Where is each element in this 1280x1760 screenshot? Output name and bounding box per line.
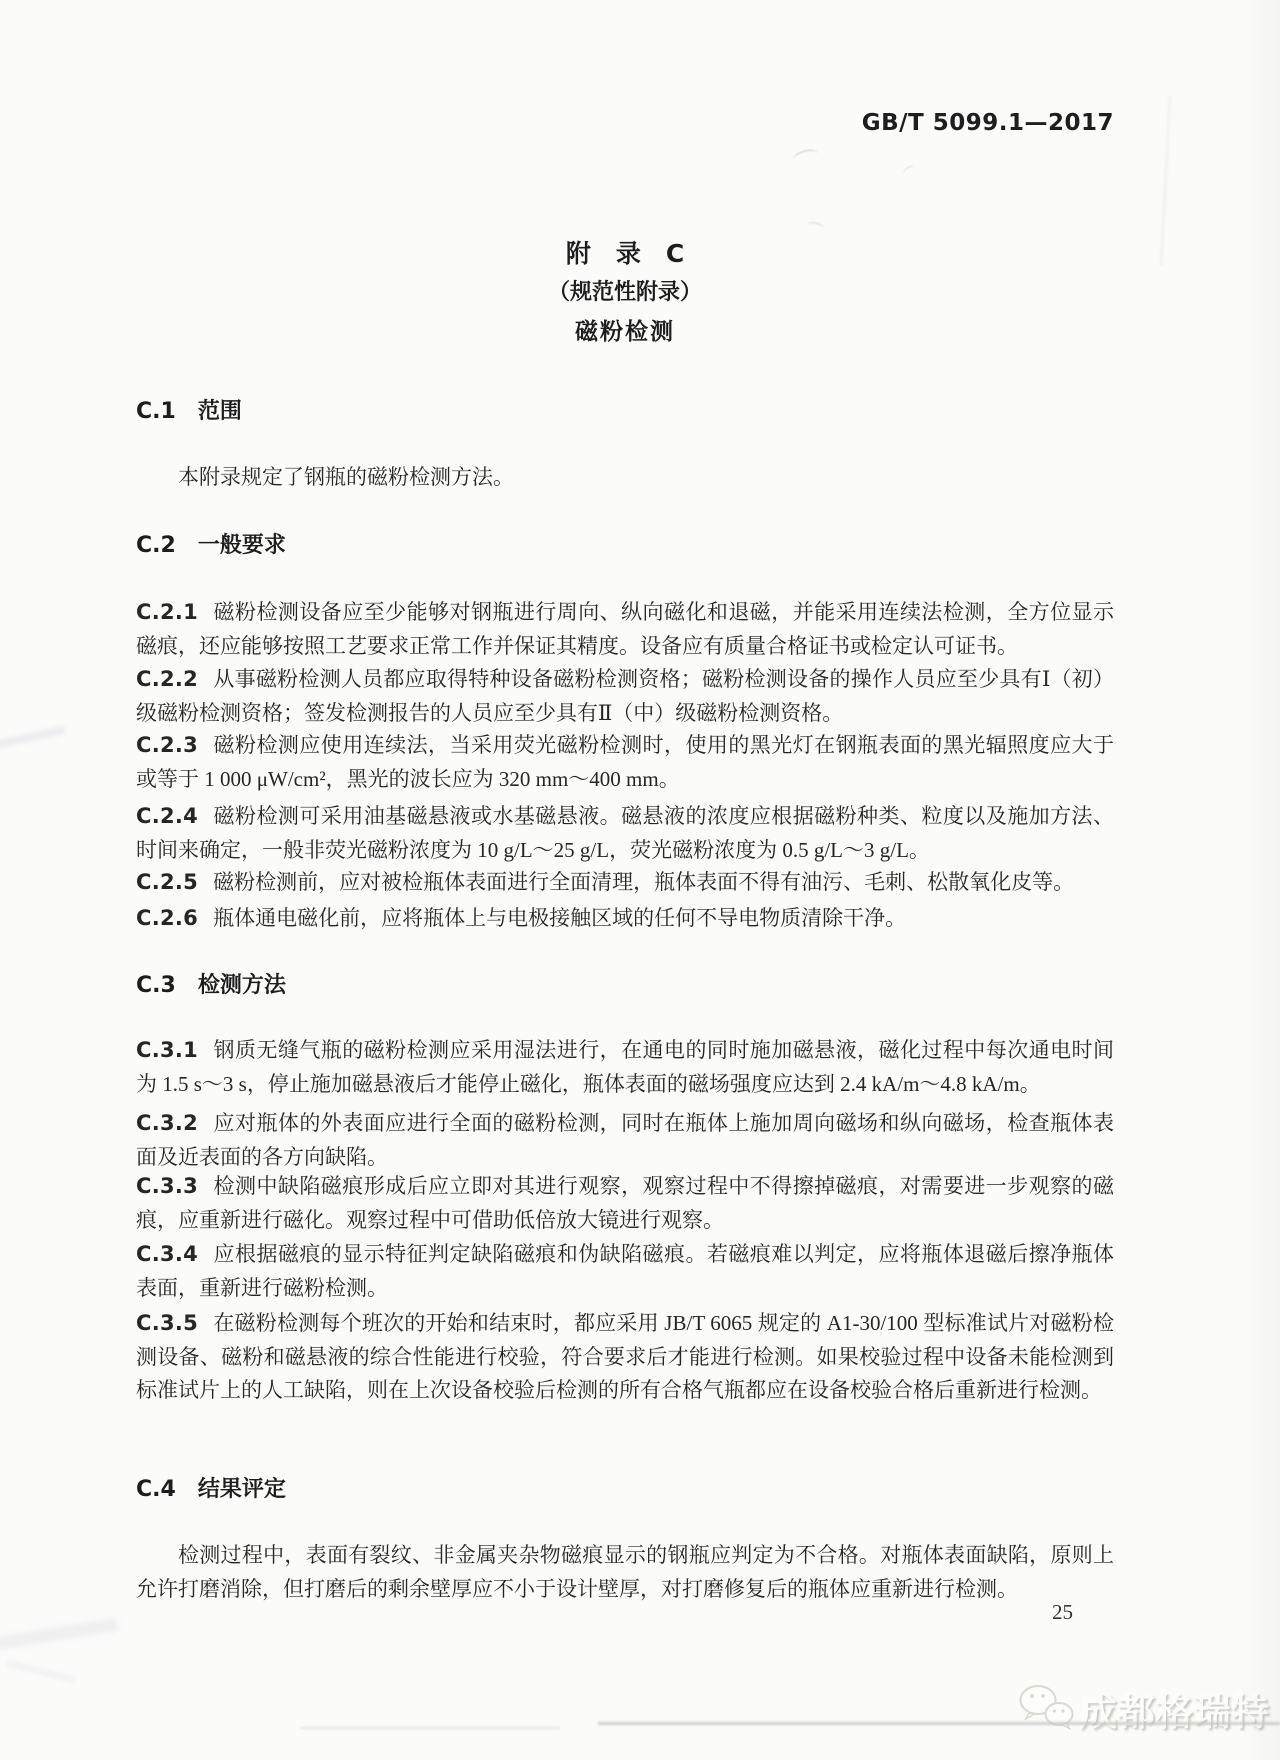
section-id: C.1	[136, 399, 176, 424]
clause-id: C.3.5	[136, 1311, 198, 1335]
clause-id: C.2.5	[136, 870, 198, 894]
scan-streak	[6, 1660, 76, 1684]
scan-crease	[1160, 96, 1172, 266]
clause-text: 磁粉检测可采用油基磁悬液或水基磁悬液。磁悬液的浓度应根据磁粉种类、粒度以及施加方…	[136, 804, 1114, 862]
page-number: 25	[1052, 1600, 1073, 1625]
clause-id: C.3.1	[136, 1038, 198, 1062]
clause-text: 瓶体通电磁化前，应将瓶体上与电极接触区域的任何不导电物质清除干净。	[213, 906, 906, 930]
clause-c3-2: C.3.2应对瓶体的外表面应进行全面的磁粉检测，同时在瓶体上施加周向磁场和纵向磁…	[136, 1107, 1114, 1174]
section-heading-c1: C.1范围	[136, 398, 1114, 426]
paragraph-c1: 本附录规定了钢瓶的磁粉检测方法。	[136, 461, 1114, 495]
clause-c2-3: C.2.3磁粉检测应使用连续法，当采用荧光磁粉检测时，使用的黑光灯在钢瓶表面的黑…	[136, 729, 1114, 796]
watermark: 成都格瑞特	[1016, 1682, 1270, 1736]
clause-text: 应对瓶体的外表面应进行全面的磁粉检测，同时在瓶体上施加周向磁场和纵向磁场，检查瓶…	[136, 1111, 1114, 1169]
paragraph-c4: 检测过程中，表面有裂纹、非金属夹杂物磁痕显示的钢瓶应判定为不合格。对瓶体表面缺陷…	[136, 1539, 1114, 1606]
appendix-name: 磁粉检测	[136, 313, 1114, 346]
section-id: C.4	[136, 1477, 176, 1502]
clause-c3-5: C.3.5在磁粉检测每个班次的开始和结束时，都应采用 JB/T 6065 规定的…	[136, 1307, 1114, 1408]
clause-text: 磁粉检测前，应对被检瓶体表面进行全面清理，瓶体表面不得有油污、毛刺、松散氧化皮等…	[213, 870, 1074, 894]
appendix-title: 附 录 C	[136, 234, 1114, 270]
section-heading-c2: C.2一般要求	[136, 532, 1114, 560]
clause-text: 在磁粉检测每个班次的开始和结束时，都应采用 JB/T 6065 规定的 A1-3…	[136, 1311, 1114, 1402]
standard-number: GB/T 5099.1—2017	[136, 110, 1114, 136]
clause-c3-1: C.3.1钢质无缝气瓶的磁粉检测应采用湿法进行，在通电的同时施加磁悬液，磁化过程…	[136, 1034, 1114, 1101]
scan-streak	[0, 725, 66, 749]
section-heading-c3: C.3检测方法	[136, 972, 1114, 1000]
scan-bottom-shadow	[300, 1727, 560, 1729]
clause-c2-6: C.2.6瓶体通电磁化前，应将瓶体上与电极接触区域的任何不导电物质清除干净。	[136, 902, 1114, 936]
clause-id: C.2.2	[136, 667, 198, 691]
scan-streak	[0, 1618, 118, 1651]
clause-id: C.2.4	[136, 804, 198, 828]
section-title: 检测方法	[198, 973, 286, 998]
clause-id: C.3.2	[136, 1111, 198, 1135]
clause-text: 检测中缺陷磁痕形成后应立即对其进行观察，观察过程中不得擦掉磁痕，对需要进一步观察…	[136, 1174, 1114, 1232]
clause-c3-3: C.3.3检测中缺陷磁痕形成后应立即对其进行观察，观察过程中不得擦掉磁痕，对需要…	[136, 1170, 1114, 1237]
clause-text: 从事磁粉检测人员都应取得特种设备磁粉检测资格；磁粉检测设备的操作人员应至少具有Ⅰ…	[136, 667, 1114, 725]
scan-mark	[792, 147, 821, 167]
watermark-label: 成都格瑞特	[1080, 1682, 1270, 1736]
clause-id: C.2.6	[136, 906, 198, 930]
scan-edge-shadow	[1238, 0, 1280, 1760]
clause-text: 应根据磁痕的显示特征判定缺陷磁痕和伪缺陷磁痕。若磁痕难以判定，应将瓶体退磁后擦净…	[136, 1242, 1114, 1300]
scan-mark	[805, 220, 825, 235]
section-id: C.2	[136, 533, 176, 558]
section-title: 一般要求	[198, 533, 286, 558]
scan-mark	[901, 163, 918, 179]
clause-text: 磁粉检测应使用连续法，当采用荧光磁粉检测时，使用的黑光灯在钢瓶表面的黑光辐照度应…	[136, 733, 1114, 791]
section-title: 范围	[198, 399, 242, 424]
clause-id: C.3.3	[136, 1174, 198, 1198]
clause-c2-4: C.2.4磁粉检测可采用油基磁悬液或水基磁悬液。磁悬液的浓度应根据磁粉种类、粒度…	[136, 800, 1114, 867]
appendix-subtitle: （规范性附录）	[136, 275, 1114, 306]
section-heading-c4: C.4结果评定	[136, 1476, 1114, 1504]
clause-text: 钢质无缝气瓶的磁粉检测应采用湿法进行，在通电的同时施加磁悬液，磁化过程中每次通电…	[136, 1038, 1114, 1096]
clause-c3-4: C.3.4应根据磁痕的显示特征判定缺陷磁痕和伪缺陷磁痕。若磁痕难以判定，应将瓶体…	[136, 1238, 1114, 1305]
clause-id: C.2.3	[136, 733, 198, 757]
scanned-document-page: GB/T 5099.1—2017 附 录 C （规范性附录） 磁粉检测 C.1范…	[0, 0, 1280, 1760]
clause-c2-5: C.2.5磁粉检测前，应对被检瓶体表面进行全面清理，瓶体表面不得有油污、毛刺、松…	[136, 866, 1114, 900]
clause-c2-2: C.2.2从事磁粉检测人员都应取得特种设备磁粉检测资格；磁粉检测设备的操作人员应…	[136, 663, 1114, 730]
section-title: 结果评定	[198, 1477, 286, 1502]
clause-c2-1: C.2.1磁粉检测设备应至少能够对钢瓶进行周向、纵向磁化和退磁，并能采用连续法检…	[136, 596, 1114, 663]
clause-text: 磁粉检测设备应至少能够对钢瓶进行周向、纵向磁化和退磁，并能采用连续法检测，全方位…	[136, 600, 1114, 658]
clause-id: C.3.4	[136, 1242, 198, 1266]
clause-id: C.2.1	[136, 600, 198, 624]
section-id: C.3	[136, 973, 176, 998]
wechat-icon	[1016, 1683, 1076, 1736]
